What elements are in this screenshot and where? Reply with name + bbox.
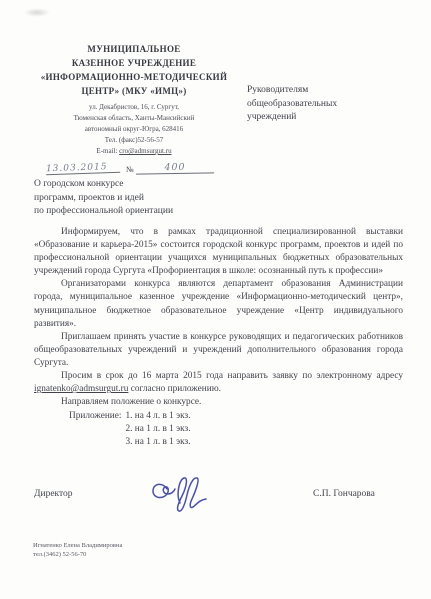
attachments-list: 1. на 4 л. в 1 экз. 2. на 1 л. в 1 экз. … — [125, 410, 190, 450]
signer-name: С.П. Гончарова — [313, 489, 375, 499]
attachments-block: Приложение: 1. на 4 л. в 1 экз. 2. на 1 … — [69, 410, 191, 450]
org-name-line: МУНИЦИПАЛЬНОЕ — [28, 42, 240, 56]
number-sign: № — [126, 165, 134, 174]
contact-email-link: ignatenko@admsurgut.ru — [34, 384, 128, 394]
org-phone: Тел. (факс)52-56-57 — [28, 135, 240, 146]
paragraph-enclosure-note: Направляем положение о конкурсе. — [34, 396, 403, 409]
subject-line: по профессиональной ориентации — [34, 205, 254, 219]
address-line: Тюменская область, Ханты-Мансийский — [28, 113, 240, 124]
org-email-link: cro@admsurgut.ru — [119, 147, 171, 155]
addressee-line: учреждений — [247, 111, 402, 125]
executor-phone: тел.(3462) 52-56-70 — [33, 550, 122, 559]
letterhead: МУНИЦИПАЛЬНОЕ КАЗЕННОЕ УЧРЕЖДЕНИЕ «ИНФОР… — [28, 42, 240, 174]
email-label: E-mail: — [96, 147, 117, 155]
attachment-item: 3. на 1 л. в 1 экз. — [125, 436, 190, 449]
date-number-row: 13.03.2015 № 400 — [28, 161, 240, 174]
addressee-block: Руководителям общеобразовательных учрежд… — [247, 84, 402, 125]
deadline-text-after: согласно приложению. — [128, 384, 221, 394]
paragraph-deadline: Просим в срок до 16 марта 2015 года напр… — [34, 370, 403, 396]
handwritten-date: 13.03.2015 — [46, 162, 120, 176]
scan-smudge — [24, 8, 50, 17]
executor-name: Игнатенко Елена Владимировна — [33, 541, 122, 550]
addressee-line: общеобразовательных — [247, 98, 402, 112]
scanned-letter-page: МУНИЦИПАЛЬНОЕ КАЗЕННОЕ УЧРЕЖДЕНИЕ «ИНФОР… — [0, 0, 431, 599]
attachment-item: 1. на 4 л. в 1 экз. — [125, 410, 190, 423]
org-email-line: E-mail: cro@admsurgut.ru — [28, 146, 240, 157]
addressee-line: Руководителям — [247, 84, 402, 98]
paragraph-invitation: Приглашаем принять участие в конкурсе ру… — [34, 331, 403, 370]
subject-line: О городском конкурсе — [34, 178, 254, 192]
signature-icon — [147, 473, 213, 517]
attachments-label: Приложение: — [69, 410, 121, 450]
subject-line: программ, проектов и идей — [34, 192, 254, 206]
address-line: ул. Декабристов, 16, г. Сургут, — [28, 102, 240, 113]
address-line: автономный округ-Югра, 628416 — [28, 124, 240, 135]
org-name-line: КАЗЕННОЕ УЧРЕЖДЕНИЕ — [28, 56, 240, 70]
handwritten-number: 400 — [136, 161, 214, 174]
paragraph-organizers: Организаторами конкурса являются департа… — [34, 278, 403, 330]
letter-body: Информируем, что в рамках традиционной с… — [34, 226, 403, 409]
org-address: ул. Декабристов, 16, г. Сургут, Тюменска… — [28, 102, 240, 157]
org-name-line: ЦЕНТР» (МКУ «ИМЦ») — [28, 84, 240, 98]
subject-block: О городском конкурсе программ, проектов … — [34, 178, 254, 219]
signature-scribble — [147, 473, 213, 522]
executor-block: Игнатенко Елена Владимировна тел.(3462) … — [33, 541, 122, 559]
signer-position: Директор — [34, 489, 73, 499]
org-name-line: «ИНФОРМАЦИОННО-МЕТОДИЧЕСКИЙ — [28, 70, 240, 84]
deadline-text-before: Просим в срок до 16 марта 2015 года напр… — [61, 371, 403, 381]
paragraph-announcement: Информируем, что в рамках традиционной с… — [34, 226, 403, 278]
attachment-item: 2. на 1 л. в 1 экз. — [125, 423, 190, 436]
